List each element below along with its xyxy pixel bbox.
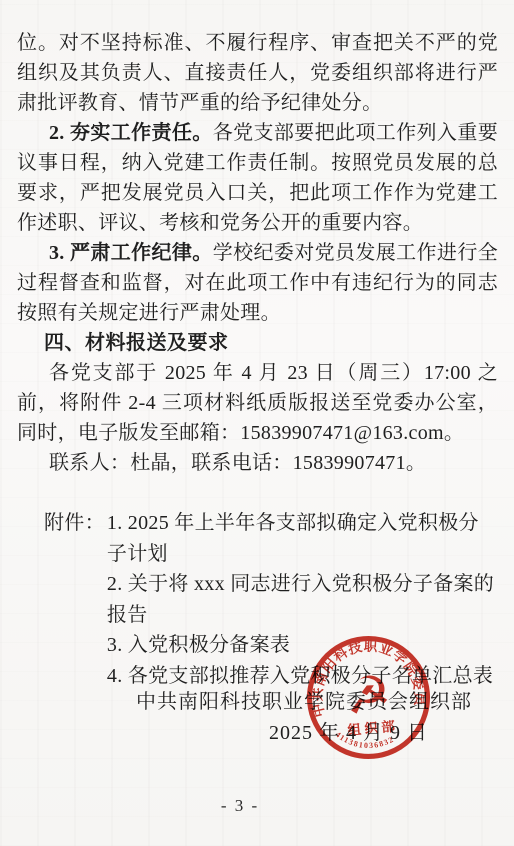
paragraph-6-contact: 联系人：杜晶，联系电话：15839907471。 <box>17 448 498 478</box>
document-page: 位。对不坚持标准、不履行程序、审查把关不严的党组织及其负责人、直接责任人，党委组… <box>0 0 514 846</box>
attachment-item: 2. 关于将 xxx 同志进行入党积极分子备案的报告 <box>107 569 498 630</box>
paragraph-continuation: 位。对不坚持标准、不履行程序、审查把关不严的党组织及其负责人、直接责任人，党委组… <box>17 28 498 118</box>
paragraph-3: 3. 严肃工作纪律。学校纪委对党员发展工作进行全过程督查和监督，对在此项工作中有… <box>17 238 498 328</box>
paragraph-2: 2. 夯实工作责任。各党支部要把此项工作列入重要议事日程，纳入党建工作责任制。按… <box>17 118 498 238</box>
attachment-item: 1. 2025 年上半年各支部拟确定入党积极分子计划 <box>107 508 498 569</box>
page-number: - 3 - <box>0 796 480 816</box>
paragraph-3-lead: 3. 严肃工作纪律。 <box>49 242 213 264</box>
attachments-label: 附件： <box>44 508 105 538</box>
hammer-sickle-icon: ☭ <box>343 664 393 727</box>
official-seal: 中共南阳科技职业学院委员会 ☭ 组 织 部 411381036832 <box>298 627 440 769</box>
paragraph-5: 各党支部于 2025 年 4 月 23 日（周三）17:00 之前，将附件 2-… <box>17 358 498 448</box>
section-heading-4: 四、材料报送及要求 <box>17 328 498 358</box>
document-body: 位。对不坚持标准、不履行程序、审查把关不严的党组织及其负责人、直接责任人，党委组… <box>17 28 498 691</box>
paragraph-text: 位。对不坚持标准、不履行程序、审查把关不严的党组织及其负责人、直接责任人，党委组… <box>17 32 498 114</box>
paragraph-2-lead: 2. 夯实工作责任。 <box>49 122 213 144</box>
